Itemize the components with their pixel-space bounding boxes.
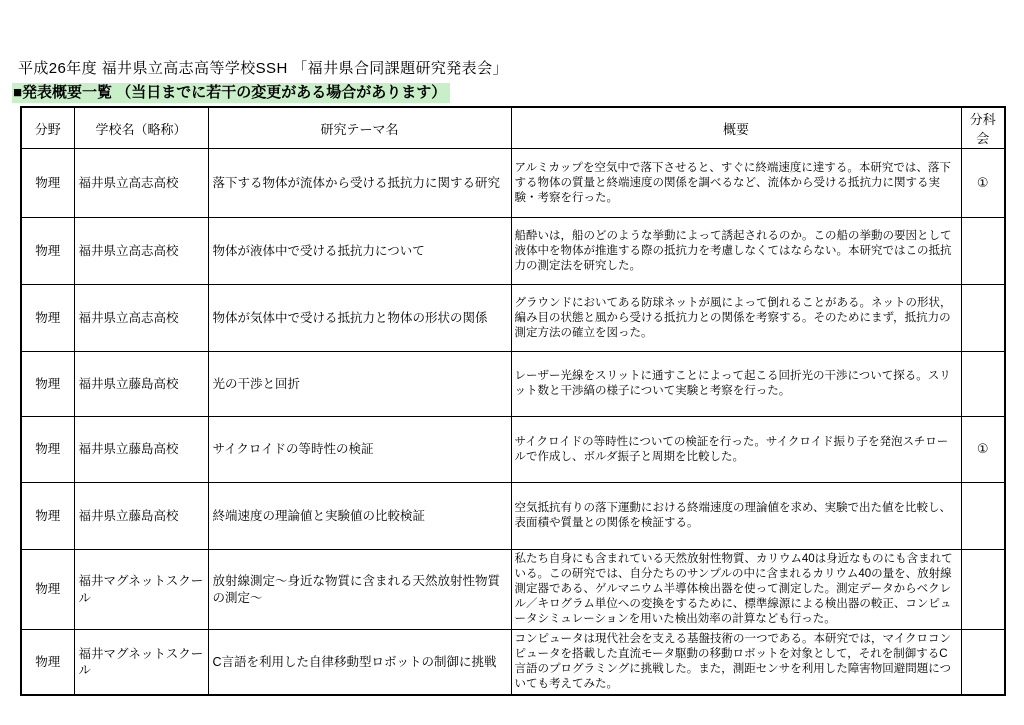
column-header-session: 分科会 <box>961 107 1005 149</box>
cell-summary: アルミカップを空気中で落下させると、すぐに終端速度に達する。本研究では、落下する… <box>511 149 961 218</box>
cell-school: 福井県立高志高校 <box>74 218 208 285</box>
cell-field: 物理 <box>21 550 74 630</box>
table-row: 物理福井県立高志高校物体が液体中で受ける抵抗力について船酔いは，船のどのような挙… <box>21 218 1005 285</box>
presentation-summary-table: 分野 学校名（略称） 研究テーマ名 概要 分科会 物理福井県立高志高校落下する物… <box>20 106 1006 696</box>
cell-theme: 光の干渉と回折 <box>208 352 511 417</box>
cell-session <box>961 483 1005 550</box>
table-row: 物理福井県立藤島高校終端速度の理論値と実験値の比較検証空気抵抗有りの落下運動にお… <box>21 483 1005 550</box>
cell-field: 物理 <box>21 218 74 285</box>
cell-session <box>961 630 1005 696</box>
table-row: 物理福井県立藤島高校サイクロイドの等時性の検証サイクロイドの等時性についての検証… <box>21 417 1005 483</box>
cell-school: 福井県立高志高校 <box>74 149 208 218</box>
cell-theme: C言語を利用した自律移動型ロボットの制御に挑戦 <box>208 630 511 696</box>
cell-school: 福井県立藤島高校 <box>74 352 208 417</box>
cell-school: 福井県立高志高校 <box>74 285 208 352</box>
section-header: ■発表概要一覧 （当日までに若干の変更がある場合があります） <box>12 83 450 103</box>
cell-field: 物理 <box>21 483 74 550</box>
cell-theme: 終端速度の理論値と実験値の比較検証 <box>208 483 511 550</box>
table-row: 物理福井マグネットスクール放射線測定～身近な物質に含まれる天然放射性物質の測定～… <box>21 550 1005 630</box>
cell-theme: 落下する物体が流体から受ける抵抗力に関する研究 <box>208 149 511 218</box>
column-header-field: 分野 <box>21 107 74 149</box>
table-row: 物理福井マグネットスクールC言語を利用した自律移動型ロボットの制御に挑戦コンピュ… <box>21 630 1005 696</box>
cell-summary: 空気抵抗有りの落下運動における終端速度の理論値を求め、実験で出た値を比較し、表面… <box>511 483 961 550</box>
column-header-school: 学校名（略称） <box>74 107 208 149</box>
cell-summary: 私たち自身にも含まれている天然放射性物質、カリウム40は身近なものにも含まれてい… <box>511 550 961 630</box>
cell-summary: コンピュータは現代社会を支える基盤技術の一つである。本研究では，マイクロコンピュ… <box>511 630 961 696</box>
cell-school: 福井マグネットスクール <box>74 630 208 696</box>
cell-session: ① <box>961 149 1005 218</box>
cell-summary: グラウンドにおいてある防球ネットが風によって倒れることがある。ネットの形状，編み… <box>511 285 961 352</box>
column-header-theme: 研究テーマ名 <box>208 107 511 149</box>
table-row: 物理福井県立藤島高校光の干渉と回折レーザー光線をスリットに通すことによって起こる… <box>21 352 1005 417</box>
cell-field: 物理 <box>21 417 74 483</box>
table-body: 物理福井県立高志高校落下する物体が流体から受ける抵抗力に関する研究アルミカップを… <box>21 149 1005 696</box>
cell-session <box>961 550 1005 630</box>
document-title: 平成26年度 福井県立高志高等学校SSH 「福井県合同課題研究発表会」 <box>18 57 508 78</box>
cell-theme: サイクロイドの等時性の検証 <box>208 417 511 483</box>
table-row: 物理福井県立高志高校物体が気体中で受ける抵抗力と物体の形状の関係グラウンドにおい… <box>21 285 1005 352</box>
cell-field: 物理 <box>21 630 74 696</box>
cell-school: 福井県立藤島高校 <box>74 417 208 483</box>
cell-session <box>961 285 1005 352</box>
cell-summary: サイクロイドの等時性についての検証を行った。サイクロイド振り子を発泡スチロールで… <box>511 417 961 483</box>
cell-field: 物理 <box>21 149 74 218</box>
document-page: 平成26年度 福井県立高志高等学校SSH 「福井県合同課題研究発表会」 ■発表概… <box>0 0 1024 725</box>
cell-school: 福井県立藤島高校 <box>74 483 208 550</box>
cell-field: 物理 <box>21 285 74 352</box>
cell-summary: 船酔いは，船のどのような挙動によって誘起されるのか。この船の挙動の要因として液体… <box>511 218 961 285</box>
cell-theme: 放射線測定～身近な物質に含まれる天然放射性物質の測定～ <box>208 550 511 630</box>
cell-school: 福井マグネットスクール <box>74 550 208 630</box>
cell-session: ① <box>961 417 1005 483</box>
cell-field: 物理 <box>21 352 74 417</box>
cell-session <box>961 218 1005 285</box>
header-row: 分野 学校名（略称） 研究テーマ名 概要 分科会 <box>21 107 1005 149</box>
cell-session <box>961 352 1005 417</box>
cell-theme: 物体が気体中で受ける抵抗力と物体の形状の関係 <box>208 285 511 352</box>
cell-summary: レーザー光線をスリットに通すことによって起こる回折光の干渉について探る。スリット… <box>511 352 961 417</box>
table-row: 物理福井県立高志高校落下する物体が流体から受ける抵抗力に関する研究アルミカップを… <box>21 149 1005 218</box>
cell-theme: 物体が液体中で受ける抵抗力について <box>208 218 511 285</box>
column-header-summary: 概要 <box>511 107 961 149</box>
